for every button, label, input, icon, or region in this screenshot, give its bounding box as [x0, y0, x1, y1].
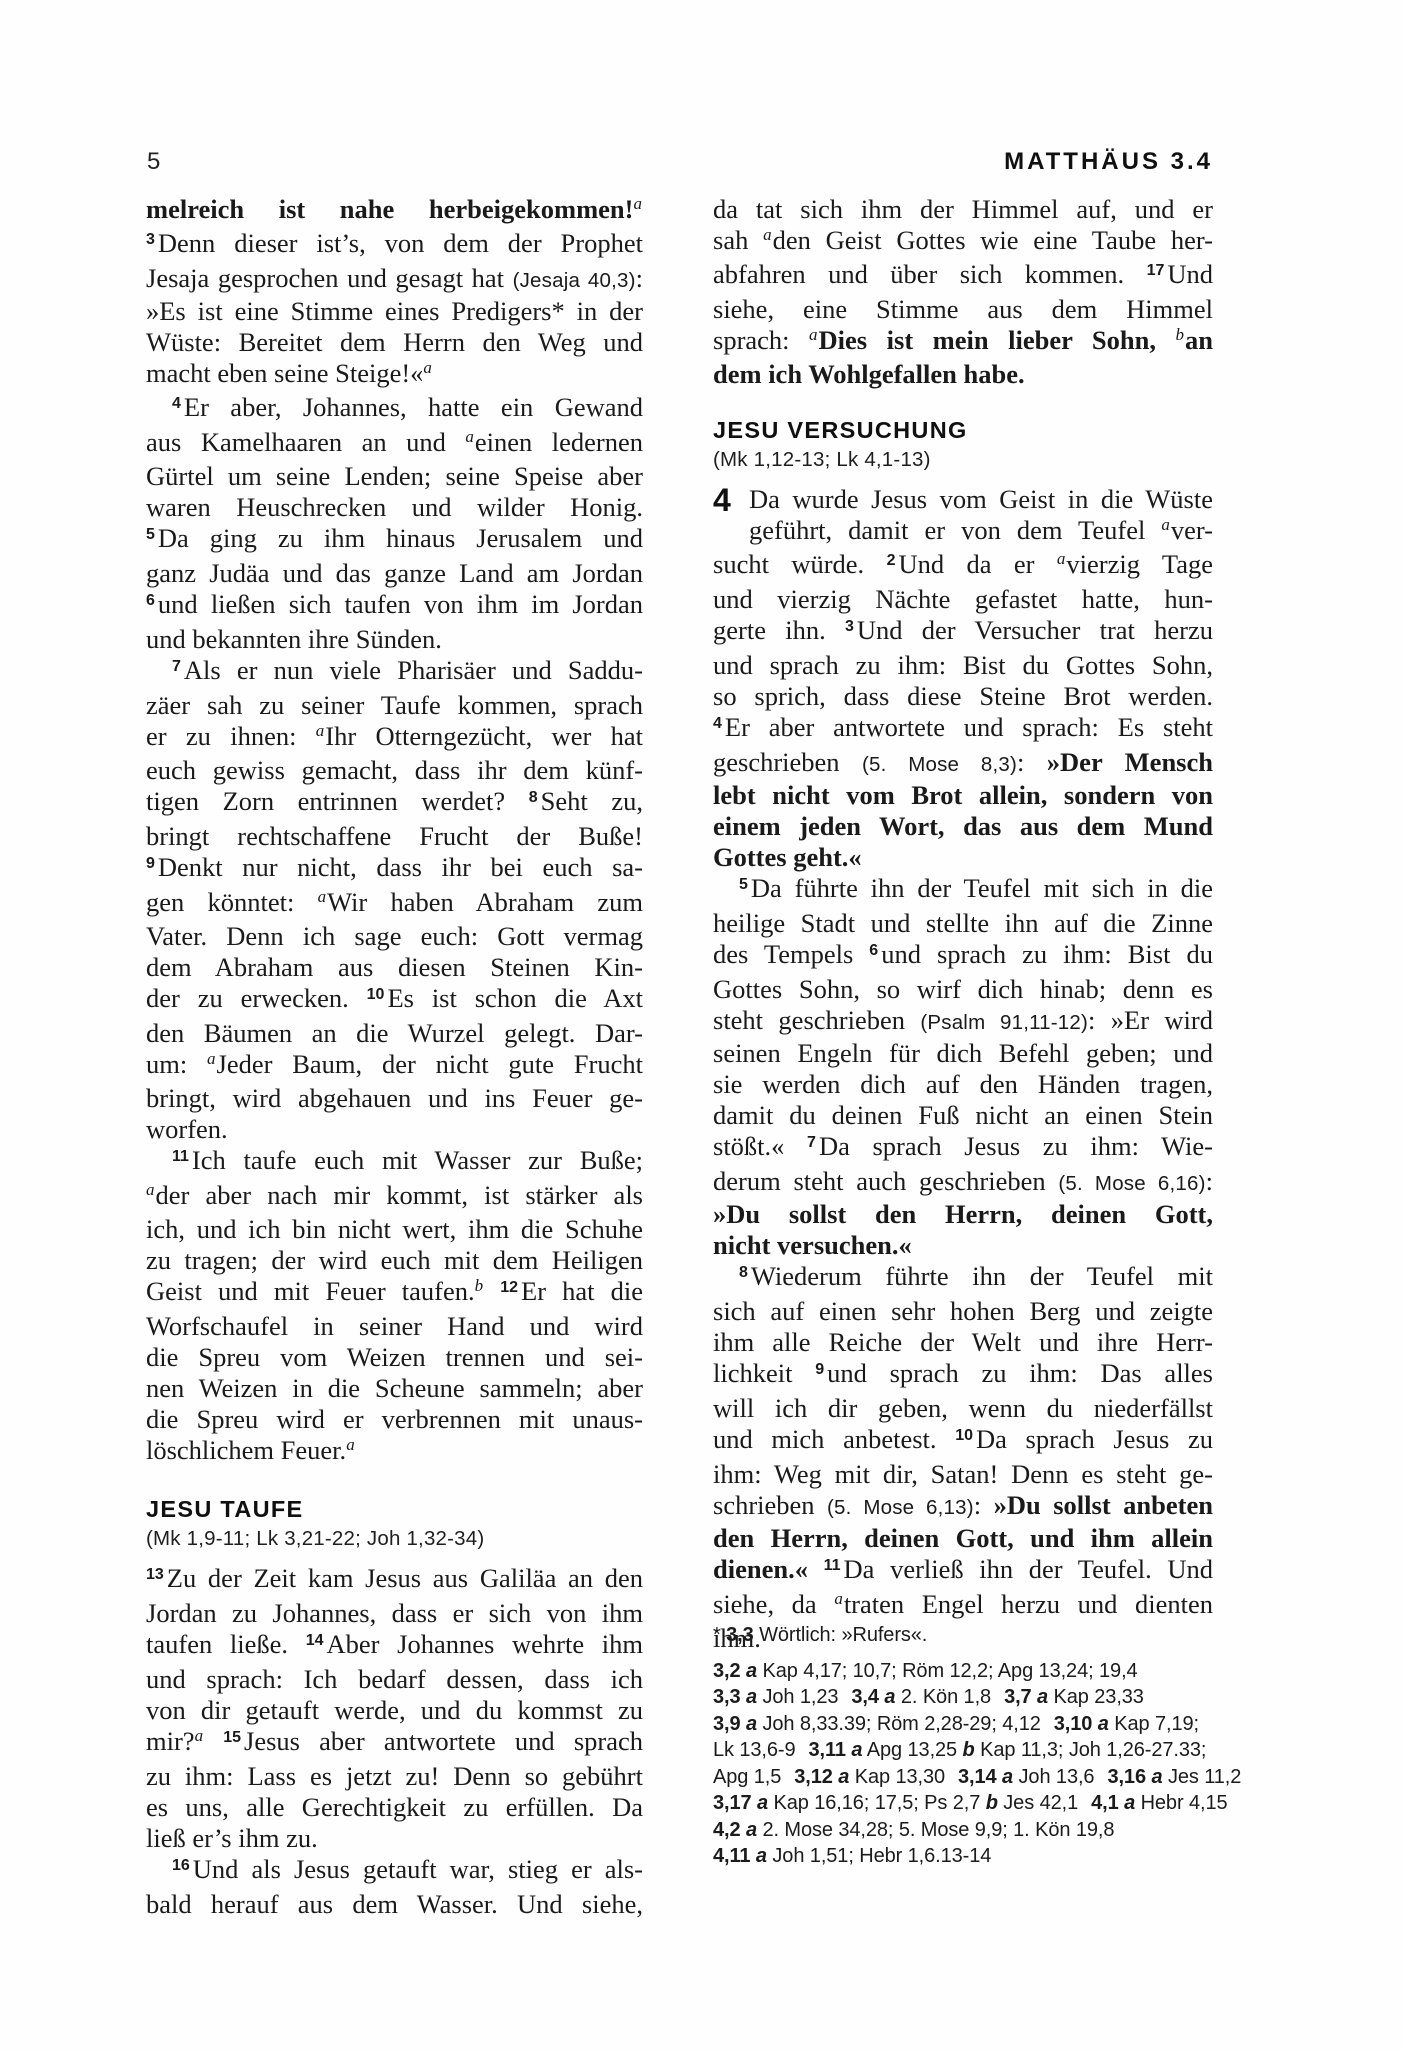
- paragraph: 5Da führte ihn der Teufel mit sich in di…: [713, 873, 1213, 1261]
- text-segment: und mich anbetest.: [713, 1424, 955, 1454]
- text-segment: und sprach zu ihm: Das alles: [827, 1358, 1213, 1388]
- text-segment: ich, und ich bin nicht wert, ihm die Sch…: [146, 1214, 643, 1244]
- text-line: löschlichem Feuer.a: [146, 1435, 643, 1469]
- text-line: lichkeit 9und sprach zu ihm: Das alles: [713, 1358, 1213, 1393]
- text-line: 5Da ging zu ihm hinaus Jerusalem und: [146, 523, 643, 558]
- text-line: Jordan zu Johannes, dass er sich von ihm: [146, 1598, 643, 1629]
- footnote-verse-ref: 4,2: [713, 1819, 741, 1841]
- verse-number: 9: [146, 855, 155, 872]
- text-line: zäer sah zu seiner Taufe kommen, sprach: [146, 690, 643, 721]
- text-segment: und ließen sich taufen von ihm im Jordan: [158, 589, 643, 619]
- text-segment: :: [1206, 1166, 1213, 1196]
- text-segment: Er hat die: [521, 1276, 643, 1306]
- footnote-letter: a: [756, 1845, 767, 1867]
- text-line: abfahren und über sich kommen. 17Und: [713, 259, 1213, 294]
- footnote-letter: a: [757, 1792, 768, 1814]
- text-line: 9Denkt nur nicht, dass ihr bei euch sa-: [146, 852, 643, 887]
- footnote-verse-ref: 3,3: [713, 1686, 741, 1708]
- text-segment: Da führte ihn der Teufel mit sich in die: [751, 873, 1213, 903]
- text-segment: Aber Johannes wehrte ihm: [327, 1629, 644, 1659]
- section-title: JESU TAUFE: [146, 1494, 643, 1524]
- text-line: da tat sich ihm der Himmel auf, und er: [713, 194, 1213, 225]
- text-segment: Hebr 4,15: [1135, 1792, 1227, 1814]
- footnote-letter: a: [838, 1766, 849, 1788]
- verse-number: 14: [306, 1632, 324, 1649]
- footnote-verse-ref: 4,11: [713, 1845, 750, 1867]
- parallel-reference: (5. Mose 8,3): [862, 753, 1017, 776]
- text-segment: ihm: Weg mit dir, Satan! Denn es steht g…: [713, 1459, 1213, 1489]
- text-line: des Tempels 6und sprach zu ihm: Bist du: [713, 939, 1213, 974]
- verse-number: 3: [845, 618, 854, 635]
- text-line: er zu ihnen: aIhr Otterngezücht, wer hat: [146, 721, 643, 755]
- text-segment: zäer sah zu seiner Taufe kommen, sprach: [146, 690, 643, 720]
- footnote-verse-ref: 3,4: [851, 1686, 879, 1708]
- verse-number: 6: [146, 592, 155, 609]
- text-segment: er zu ihnen:: [146, 721, 316, 751]
- text-line: siehe, da atraten Engel herzu und diente…: [713, 1589, 1213, 1623]
- text-segment: Wiederum führte ihn der Teufel mit: [751, 1261, 1213, 1291]
- text-segment: Wir haben Abraham zum: [327, 887, 643, 917]
- verse-number: 5: [739, 876, 748, 893]
- text-segment: Da sprach Jesus zu: [976, 1424, 1213, 1454]
- text-line: geschrieben (5. Mose 8,3): »Der Mensch: [713, 747, 1213, 780]
- text-segment: Kap 4,17; 10,7; Röm 12,2; Apg 13,24; 19,…: [757, 1660, 1138, 1682]
- text-segment: Denn dieser ist’s, von dem der Prophet: [158, 228, 643, 258]
- text-segment: Lk 13,6-9: [713, 1739, 796, 1761]
- text-line: so sprich, dass diese Steine Brot werden…: [713, 681, 1213, 712]
- verse-number: 3: [146, 231, 155, 248]
- text-line: geführt, damit er von dem Teufel aver-: [713, 515, 1213, 549]
- verse-number: 2: [887, 552, 896, 569]
- text-segment: Und da er: [898, 549, 1056, 579]
- verse-number: 17: [1147, 262, 1165, 279]
- text-line: den Bäumen an die Wurzel gelegt. Dar-: [146, 1018, 643, 1049]
- running-head: MATTHÄUS 3.4: [713, 148, 1213, 176]
- bold-text-segment: den Herrn, deinen Gott, und ihm allein: [713, 1523, 1213, 1553]
- text-line: heilige Stadt und stellte ihn auf die Zi…: [713, 908, 1213, 939]
- text-line: aus Kamelhaaren an und aeinen ledernen: [146, 427, 643, 461]
- text-segment: da tat sich ihm der Himmel auf, und er: [713, 194, 1213, 224]
- footnote-letter: a: [207, 1049, 216, 1068]
- section-parallels: (Mk 1,12-13; Lk 4,1-13): [713, 445, 1213, 474]
- footnote-verse-ref: 3,11: [809, 1739, 846, 1761]
- footnote-letter: a: [146, 1180, 155, 1199]
- text-line: sprach: aDies ist mein lieber Sohn, ban: [713, 325, 1213, 359]
- text-segment: und sprach zu ihm: Bist du Gottes Sohn,: [713, 650, 1213, 680]
- text-segment: der aber nach mir kommt, ist stärker als: [156, 1180, 644, 1210]
- page-number: 5: [147, 148, 160, 176]
- text-segment: traten Engel herzu und dienten: [844, 1589, 1213, 1619]
- text-segment: geschrieben: [713, 747, 862, 777]
- verse-number: 11: [172, 1148, 189, 1165]
- text-segment: macht eben seine Steige!«: [146, 358, 423, 388]
- text-line: Da wurde Jesus vom Geist in die Wüste: [713, 484, 1213, 515]
- text-line: Gottes geht.«: [713, 842, 1213, 873]
- verse-number: 6: [869, 942, 878, 959]
- text-segment: Jes 42,1: [998, 1792, 1078, 1814]
- parallel-reference: (5. Mose 6,16): [1058, 1172, 1205, 1195]
- text-segment: 2. Kön 1,8: [895, 1686, 991, 1708]
- text-segment: die Spreu vom Weizen trennen und sei-: [146, 1342, 643, 1372]
- text-line: sie werden dich auf den Händen tragen,: [713, 1069, 1213, 1100]
- text-segment: derum steht auch geschrieben: [713, 1166, 1058, 1196]
- text-segment: Joh 1,23: [757, 1686, 838, 1708]
- text-segment: stößt.«: [713, 1131, 807, 1161]
- paragraph: da tat sich ihm der Himmel auf, und ersa…: [713, 194, 1213, 390]
- parallel-reference: (Jesaja 40,3): [513, 269, 636, 292]
- text-line: 11Ich taufe euch mit Wasser zur Buße;: [146, 1145, 643, 1180]
- text-segment: so sprich, dass diese Steine Brot werden…: [713, 681, 1213, 711]
- text-segment: Worfschaufel in seiner Hand und wird: [146, 1311, 643, 1341]
- text-line: will ich dir geben, wenn du niederfällst: [713, 1393, 1213, 1424]
- text-line: und mich anbetest. 10Da sprach Jesus zu: [713, 1424, 1213, 1459]
- text-segment: der zu erwecken.: [146, 983, 367, 1013]
- text-line: 8Wiederum führte ihn der Teufel mit: [713, 1261, 1213, 1296]
- paragraph: 7Als er nun viele Pharisäer und Saddu-zä…: [146, 655, 643, 1145]
- text-line: Worfschaufel in seiner Hand und wird: [146, 1311, 643, 1342]
- footnote-verse-ref: 4,1: [1091, 1792, 1119, 1814]
- text-segment: heilige Stadt und stellte ihn auf die Zi…: [713, 908, 1213, 938]
- text-line: sich auf einen sehr hohen Berg und zeigt…: [713, 1296, 1213, 1327]
- text-segment: Kap 16,16; 17,5; Ps 2,7: [768, 1792, 986, 1814]
- verse-number: 11: [824, 1557, 841, 1574]
- text-line: bringt, wird abgehauen und ins Feuer ge-: [146, 1083, 643, 1114]
- text-line: macht eben seine Steige!«a: [146, 358, 643, 392]
- text-segment: zu tragen; der wird euch mit dem Heilige…: [146, 1245, 643, 1275]
- text-segment: Jes 11,2: [1162, 1766, 1241, 1788]
- paragraph: melreich ist nahe herbeigekommen!a3Denn …: [146, 194, 643, 392]
- footnote-crossrefs-line: 3,3 a Joh 1,233,4 a 2. Kön 1,83,7 a Kap …: [713, 1684, 1253, 1711]
- text-segment: Und als Jesus getauft war, stieg er als-: [193, 1854, 643, 1884]
- text-segment: Apg 1,5: [713, 1766, 781, 1788]
- text-segment: Er aber, Johannes, hatte ein Gewand: [184, 392, 643, 422]
- footnote-verse-ref: 3,9: [713, 1713, 741, 1735]
- text-segment: [204, 1726, 223, 1756]
- text-line: und sprach zu ihm: Bist du Gottes Sohn,: [713, 650, 1213, 681]
- paragraph: 4Da wurde Jesus vom Geist in die Wüstege…: [713, 484, 1213, 873]
- footnote-letter: a: [346, 1435, 355, 1454]
- footnote-translation-note: * 3,3 Wörtlich: »Rufers«.: [713, 1622, 1253, 1649]
- parallel-reference: (5. Mose 6,13): [827, 1496, 974, 1519]
- footnote-verse-ref: 3,3: [726, 1624, 754, 1646]
- footnote-verse-ref: 3,16: [1107, 1766, 1146, 1788]
- section-title: JESU VERSUCHUNG: [713, 415, 1213, 445]
- text-line: und bekannten ihre Sünden.: [146, 624, 643, 655]
- text-line: siehe, eine Stimme aus dem Himmel: [713, 294, 1213, 325]
- text-segment: will ich dir geben, wenn du niederfällst: [713, 1393, 1213, 1423]
- text-segment: : »Er wird: [1088, 1005, 1213, 1035]
- text-segment: Jesaja gesprochen und gesagt hat: [146, 263, 513, 293]
- text-segment: es uns, alle Gerechtigkeit zu erfüllen. …: [146, 1792, 643, 1822]
- text-line: ich, und ich bin nicht wert, ihm die Sch…: [146, 1214, 643, 1245]
- text-segment: den Bäumen an die Wurzel gelegt. Dar-: [146, 1018, 643, 1048]
- footnote-letter: a: [318, 887, 327, 906]
- text-line: euch gewiss gemacht, dass ihr dem künf-: [146, 755, 643, 786]
- text-line: ihm alle Reiche der Welt und ihre Herr-: [713, 1327, 1213, 1358]
- text-line: zu tragen; der wird euch mit dem Heilige…: [146, 1245, 643, 1276]
- text-line: und vierzig Nächte gefastet hatte, hun-: [713, 584, 1213, 615]
- text-line: Geist und mit Feuer taufen.b 12Er hat di…: [146, 1276, 643, 1311]
- bold-text-segment: nicht versuchen.«: [713, 1230, 912, 1260]
- bold-text-segment: »Du sollst den Herrn, deinen Gott,: [713, 1199, 1213, 1229]
- footnote-verse-ref: 3,10: [1054, 1713, 1093, 1735]
- text-segment: Kap 13,30: [849, 1766, 945, 1788]
- text-segment: [808, 1554, 824, 1584]
- footnote-verse-ref: 3,2: [713, 1660, 741, 1682]
- verse-number: 8: [739, 1264, 748, 1281]
- footnote-letter: a: [1151, 1766, 1162, 1788]
- text-segment: seinen Engeln für dich Befehl geben; und: [713, 1038, 1213, 1068]
- text-segment: ihm alle Reiche der Welt und ihre Herr-: [713, 1327, 1213, 1357]
- text-segment: Kap 23,33: [1048, 1686, 1144, 1708]
- text-segment: gerte ihn.: [713, 615, 845, 645]
- text-segment: Gürtel um seine Lenden; seine Speise abe…: [146, 461, 643, 491]
- text-line: lebt nicht vom Brot allein, sondern von: [713, 780, 1213, 811]
- text-segment: Zu der Zeit kam Jesus aus Galiläa an den: [167, 1563, 643, 1593]
- text-line: gerte ihn. 3Und der Versucher trat herzu: [713, 615, 1213, 650]
- text-line: einem jeden Wort, das aus dem Mund: [713, 811, 1213, 842]
- verse-number: 10: [955, 1427, 973, 1444]
- footnote-verse-ref: 3,17: [713, 1792, 752, 1814]
- paragraph: 16Und als Jesus getauft war, stieg er al…: [146, 1854, 643, 1920]
- text-segment: »Es ist eine Stimme eines Predigers* in …: [146, 296, 643, 326]
- text-line: 5Da führte ihn der Teufel mit sich in di…: [713, 873, 1213, 908]
- text-line: »Es ist eine Stimme eines Predigers* in …: [146, 296, 643, 327]
- verse-number: 4: [713, 715, 722, 732]
- parallel-reference: (Psalm 91,11-12): [920, 1011, 1088, 1034]
- text-line: melreich ist nahe herbeigekommen!a: [146, 194, 643, 228]
- footnote-letter: a: [1057, 549, 1066, 568]
- section-parallels: (Mk 1,9-11; Lk 3,21-22; Joh 1,32-34): [146, 1524, 643, 1553]
- text-line: nicht versuchen.«: [713, 1230, 1213, 1261]
- text-segment: Jeder Baum, der nicht gute Frucht: [217, 1049, 643, 1079]
- text-line: zu ihm: Lass es jetzt zu! Denn so gebühr…: [146, 1761, 643, 1792]
- footnote-crossrefs-line: 4,11 a Joh 1,51; Hebr 1,6.13-14: [713, 1843, 1253, 1870]
- text-line: derum steht auch geschrieben (5. Mose 6,…: [713, 1166, 1213, 1199]
- text-segment: Denkt nur nicht, dass ihr bei euch sa-: [158, 852, 643, 882]
- bold-text-segment: dienen.«: [713, 1554, 808, 1584]
- text-line: dienen.« 11Da verließ ihn der Teufel. Un…: [713, 1554, 1213, 1589]
- section-heading: JESU TAUFE(Mk 1,9-11; Lk 3,21-22; Joh 1,…: [146, 1494, 643, 1553]
- text-segment: steht geschrieben: [713, 1005, 920, 1035]
- text-segment: lichkeit: [713, 1358, 815, 1388]
- footnote-letter: a: [195, 1726, 204, 1745]
- text-segment: ver-: [1171, 515, 1213, 545]
- text-line: und sprach: Ich bedarf dessen, dass ich: [146, 1664, 643, 1695]
- footnote-crossrefs-line: 3,2 a Kap 4,17; 10,7; Röm 12,2; Apg 13,2…: [713, 1658, 1253, 1685]
- text-segment: sie werden dich auf den Händen tragen,: [713, 1069, 1213, 1099]
- text-segment: 2. Mose 34,28; 5. Mose 9,9; 1. Kön 19,8: [757, 1819, 1114, 1841]
- text-line: »Du sollst den Herrn, deinen Gott,: [713, 1199, 1213, 1230]
- footnote-letter: a: [1124, 1792, 1135, 1814]
- footnote-letter: a: [834, 1589, 843, 1608]
- text-line: Wüste: Bereitet dem Herrn den Weg und: [146, 327, 643, 358]
- text-segment: Wüste: Bereitet dem Herrn den Weg und: [146, 327, 643, 357]
- verse-number: 12: [500, 1279, 518, 1296]
- text-segment: um:: [146, 1049, 207, 1079]
- text-segment: taufen ließe.: [146, 1629, 306, 1659]
- text-line: stößt.« 7Da sprach Jesus zu ihm: Wie-: [713, 1131, 1213, 1166]
- text-segment: Seht zu,: [541, 786, 643, 816]
- text-line: die Spreu wird er verbrennen mit unaus-: [146, 1404, 643, 1435]
- footnote-letter: a: [1098, 1713, 1109, 1735]
- text-line: bringt rechtschaffene Frucht der Buße!: [146, 821, 643, 852]
- footnote-letter: a: [316, 721, 325, 740]
- text-segment: *: [713, 1624, 726, 1646]
- text-segment: Joh 1,51; Hebr 1,6.13-14: [767, 1845, 991, 1867]
- text-segment: sprach:: [713, 325, 809, 355]
- text-segment: einen ledernen: [475, 427, 643, 457]
- text-segment: sich auf einen sehr hohen Berg und zeigt…: [713, 1296, 1213, 1326]
- paragraph: 4Er aber, Johannes, hatte ein Gewandaus …: [146, 392, 643, 655]
- text-segment: waren Heuschrecken und wilder Honig.: [146, 492, 643, 522]
- text-segment: euch gewiss gemacht, dass ihr dem künf-: [146, 755, 643, 785]
- verse-number: 5: [146, 526, 155, 543]
- footnote-letter: a: [884, 1686, 895, 1708]
- text-line: Gottes Sohn, so wirf dich hinab; denn es: [713, 974, 1213, 1005]
- text-segment: geführt, damit er von dem Teufel: [749, 515, 1161, 545]
- right-column: da tat sich ihm der Himmel auf, und ersa…: [713, 194, 1213, 1654]
- verse-number: 9: [815, 1361, 824, 1378]
- text-segment: Kap 11,3; Joh 1,26-27.33;: [975, 1739, 1207, 1761]
- text-line: Jesaja gesprochen und gesagt hat (Jesaja…: [146, 263, 643, 296]
- bold-text-segment: »Der Mensch: [1047, 747, 1213, 777]
- footnote-letter: b: [963, 1739, 975, 1761]
- footnote-letter: a: [763, 225, 772, 244]
- text-line: 4Er aber antwortete und sprach: Es steht: [713, 712, 1213, 747]
- text-segment: Da verließ ihn der Teufel. Und: [844, 1554, 1213, 1584]
- text-segment: abfahren und über sich kommen.: [713, 259, 1147, 289]
- text-segment: Da wurde Jesus vom Geist in die Wüste: [749, 484, 1213, 514]
- text-segment: und sprach zu ihm: Bist du: [881, 939, 1213, 969]
- text-line: waren Heuschrecken und wilder Honig.: [146, 492, 643, 523]
- text-segment: löschlichem Feuer.: [146, 1435, 346, 1465]
- footnote-verse-ref: 3,12: [794, 1766, 833, 1788]
- footnote-letter: a: [423, 358, 432, 377]
- bold-text-segment: lebt nicht vom Brot allein, sondern von: [713, 780, 1213, 810]
- text-line: bald herauf aus dem Wasser. Und siehe,: [146, 1889, 643, 1920]
- text-segment: Ich taufe euch mit Wasser zur Buße;: [192, 1145, 643, 1175]
- footnote-crossrefs-line: Lk 13,6-93,11 a Apg 13,25 b Kap 11,3; Jo…: [713, 1737, 1253, 1764]
- text-segment: siehe, eine Stimme aus dem Himmel: [713, 294, 1213, 324]
- text-segment: Als er nun viele Pharisäer und Saddu-: [184, 655, 643, 685]
- text-segment: ganz Judäa und das ganze Land am Jordan: [146, 558, 643, 588]
- text-segment: von dir getauft werde, und du kommst zu: [146, 1695, 643, 1725]
- text-segment: :: [636, 263, 643, 293]
- text-line: sah aden Geist Gottes wie eine Taube her…: [713, 225, 1213, 259]
- text-line: nen Weizen in die Scheune sammeln; aber: [146, 1373, 643, 1404]
- text-segment: Da sprach Jesus zu ihm: Wie-: [819, 1131, 1213, 1161]
- text-segment: Und: [1167, 259, 1213, 289]
- text-segment: Jordan zu Johannes, dass er sich von ihm: [146, 1598, 643, 1628]
- text-segment: Es ist schon die Axt: [387, 983, 643, 1013]
- text-line: gen könntet: aWir haben Abraham zum: [146, 887, 643, 921]
- text-line: ihm: Weg mit dir, Satan! Denn es steht g…: [713, 1459, 1213, 1490]
- text-line: 7Als er nun viele Pharisäer und Saddu-: [146, 655, 643, 690]
- footnote-letter: b: [1176, 325, 1185, 344]
- text-line: 3Denn dieser ist’s, von dem der Prophet: [146, 228, 643, 263]
- text-line: sucht würde. 2Und da er avierzig Tage: [713, 549, 1213, 584]
- footnote-letter: a: [634, 194, 643, 213]
- text-segment: den Geist Gottes wie eine Taube her-: [773, 225, 1213, 255]
- text-segment: [484, 1276, 500, 1306]
- footnote-verse-ref: 3,7: [1004, 1686, 1032, 1708]
- text-segment: und sprach: Ich bedarf dessen, dass ich: [146, 1664, 643, 1694]
- text-segment: worfen.: [146, 1114, 228, 1144]
- text-segment: mir?: [146, 1726, 195, 1756]
- text-line: 13Zu der Zeit kam Jesus aus Galiläa an d…: [146, 1563, 643, 1598]
- text-segment: Apg 13,25: [862, 1739, 962, 1761]
- footnote-letter: b: [475, 1276, 484, 1295]
- text-segment: nen Weizen in die Scheune sammeln; aber: [146, 1373, 643, 1403]
- text-segment: aus Kamelhaaren an und: [146, 427, 465, 457]
- text-line: 6und ließen sich taufen von ihm im Jorda…: [146, 589, 643, 624]
- verse-number: 13: [146, 1566, 164, 1583]
- text-line: taufen ließe. 14Aber Johannes wehrte ihm: [146, 1629, 643, 1664]
- text-segment: dem Abraham aus diesen Steinen Kin-: [146, 952, 643, 982]
- text-segment: die Spreu wird er verbrennen mit unaus-: [146, 1404, 643, 1434]
- text-line: mir?a 15Jesus aber antwortete und sprach: [146, 1726, 643, 1761]
- footnote-crossrefs-line: 4,2 a 2. Mose 34,28; 5. Mose 9,9; 1. Kön…: [713, 1817, 1253, 1844]
- text-segment: Er aber antwortete und sprach: Es steht: [725, 712, 1213, 742]
- text-segment: Joh 8,33.39; Röm 2,28-29; 4,12: [757, 1713, 1041, 1735]
- bible-page: 5 MATTHÄUS 3.4 melreich ist nahe herbeig…: [0, 0, 1404, 2050]
- verse-number: 7: [172, 658, 181, 675]
- text-segment: vierzig Tage: [1066, 549, 1213, 579]
- text-segment: damit du deinen Fuß nicht an einen Stein: [713, 1100, 1213, 1130]
- text-line: worfen.: [146, 1114, 643, 1145]
- bold-text-segment: einem jeden Wort, das aus dem Mund: [713, 811, 1213, 841]
- text-segment: des Tempels: [713, 939, 869, 969]
- text-segment: Wörtlich: »Rufers«.: [754, 1624, 928, 1646]
- footnote-letter: b: [986, 1792, 998, 1814]
- text-segment: Kap 7,19;: [1109, 1713, 1199, 1735]
- text-segment: bringt rechtschaffene Frucht der Buße!: [146, 821, 643, 851]
- text-line: 4Er aber, Johannes, hatte ein Gewand: [146, 392, 643, 427]
- text-line: von dir getauft werde, und du kommst zu: [146, 1695, 643, 1726]
- paragraph: 11Ich taufe euch mit Wasser zur Buße;ade…: [146, 1145, 643, 1469]
- text-segment: Ihr Otterngezücht, wer hat: [325, 721, 643, 751]
- bold-text-segment: dem ich Wohlgefallen habe.: [713, 359, 1025, 389]
- text-segment: Und der Versucher trat herzu: [857, 615, 1213, 645]
- text-segment: Geist und mit Feuer taufen.: [146, 1276, 475, 1306]
- verse-number: 4: [172, 395, 181, 412]
- footnote-letter: a: [746, 1713, 757, 1735]
- text-line: steht geschrieben (Psalm 91,11-12): »Er …: [713, 1005, 1213, 1038]
- bold-text-segment: melreich ist nahe herbeigekommen!: [146, 194, 634, 224]
- text-segment: gen könntet:: [146, 887, 318, 917]
- footnote-letter: a: [851, 1739, 862, 1761]
- text-segment: und vierzig Nächte gefastet hatte, hun-: [713, 584, 1213, 614]
- verse-number: 15: [223, 1729, 241, 1746]
- footnote-letter: a: [1002, 1766, 1013, 1788]
- footnote-letter: a: [746, 1686, 757, 1708]
- text-line: der zu erwecken. 10Es ist schon die Axt: [146, 983, 643, 1018]
- text-line: ließ er’s ihm zu.: [146, 1823, 643, 1854]
- verse-number: 7: [807, 1134, 816, 1151]
- footnotes: * 3,3 Wörtlich: »Rufers«.3,2 a Kap 4,17;…: [713, 1622, 1253, 1870]
- bold-text-segment: Dies ist mein lieber Sohn,: [819, 325, 1176, 355]
- text-segment: zu ihm: Lass es jetzt zu! Denn so gebühr…: [146, 1761, 643, 1791]
- verse-number: 10: [367, 986, 385, 1003]
- text-segment: Joh 13,6: [1013, 1766, 1094, 1788]
- text-segment: ließ er’s ihm zu.: [146, 1823, 318, 1853]
- footnote-letter: a: [1037, 1686, 1048, 1708]
- text-segment: tigen Zorn entrinnen werdet?: [146, 786, 529, 816]
- bold-text-segment: »Du sollst anbeten: [994, 1490, 1213, 1520]
- text-line: ader aber nach mir kommt, ist stärker al…: [146, 1180, 643, 1214]
- text-segment: und bekannten ihre Sünden.: [146, 624, 442, 654]
